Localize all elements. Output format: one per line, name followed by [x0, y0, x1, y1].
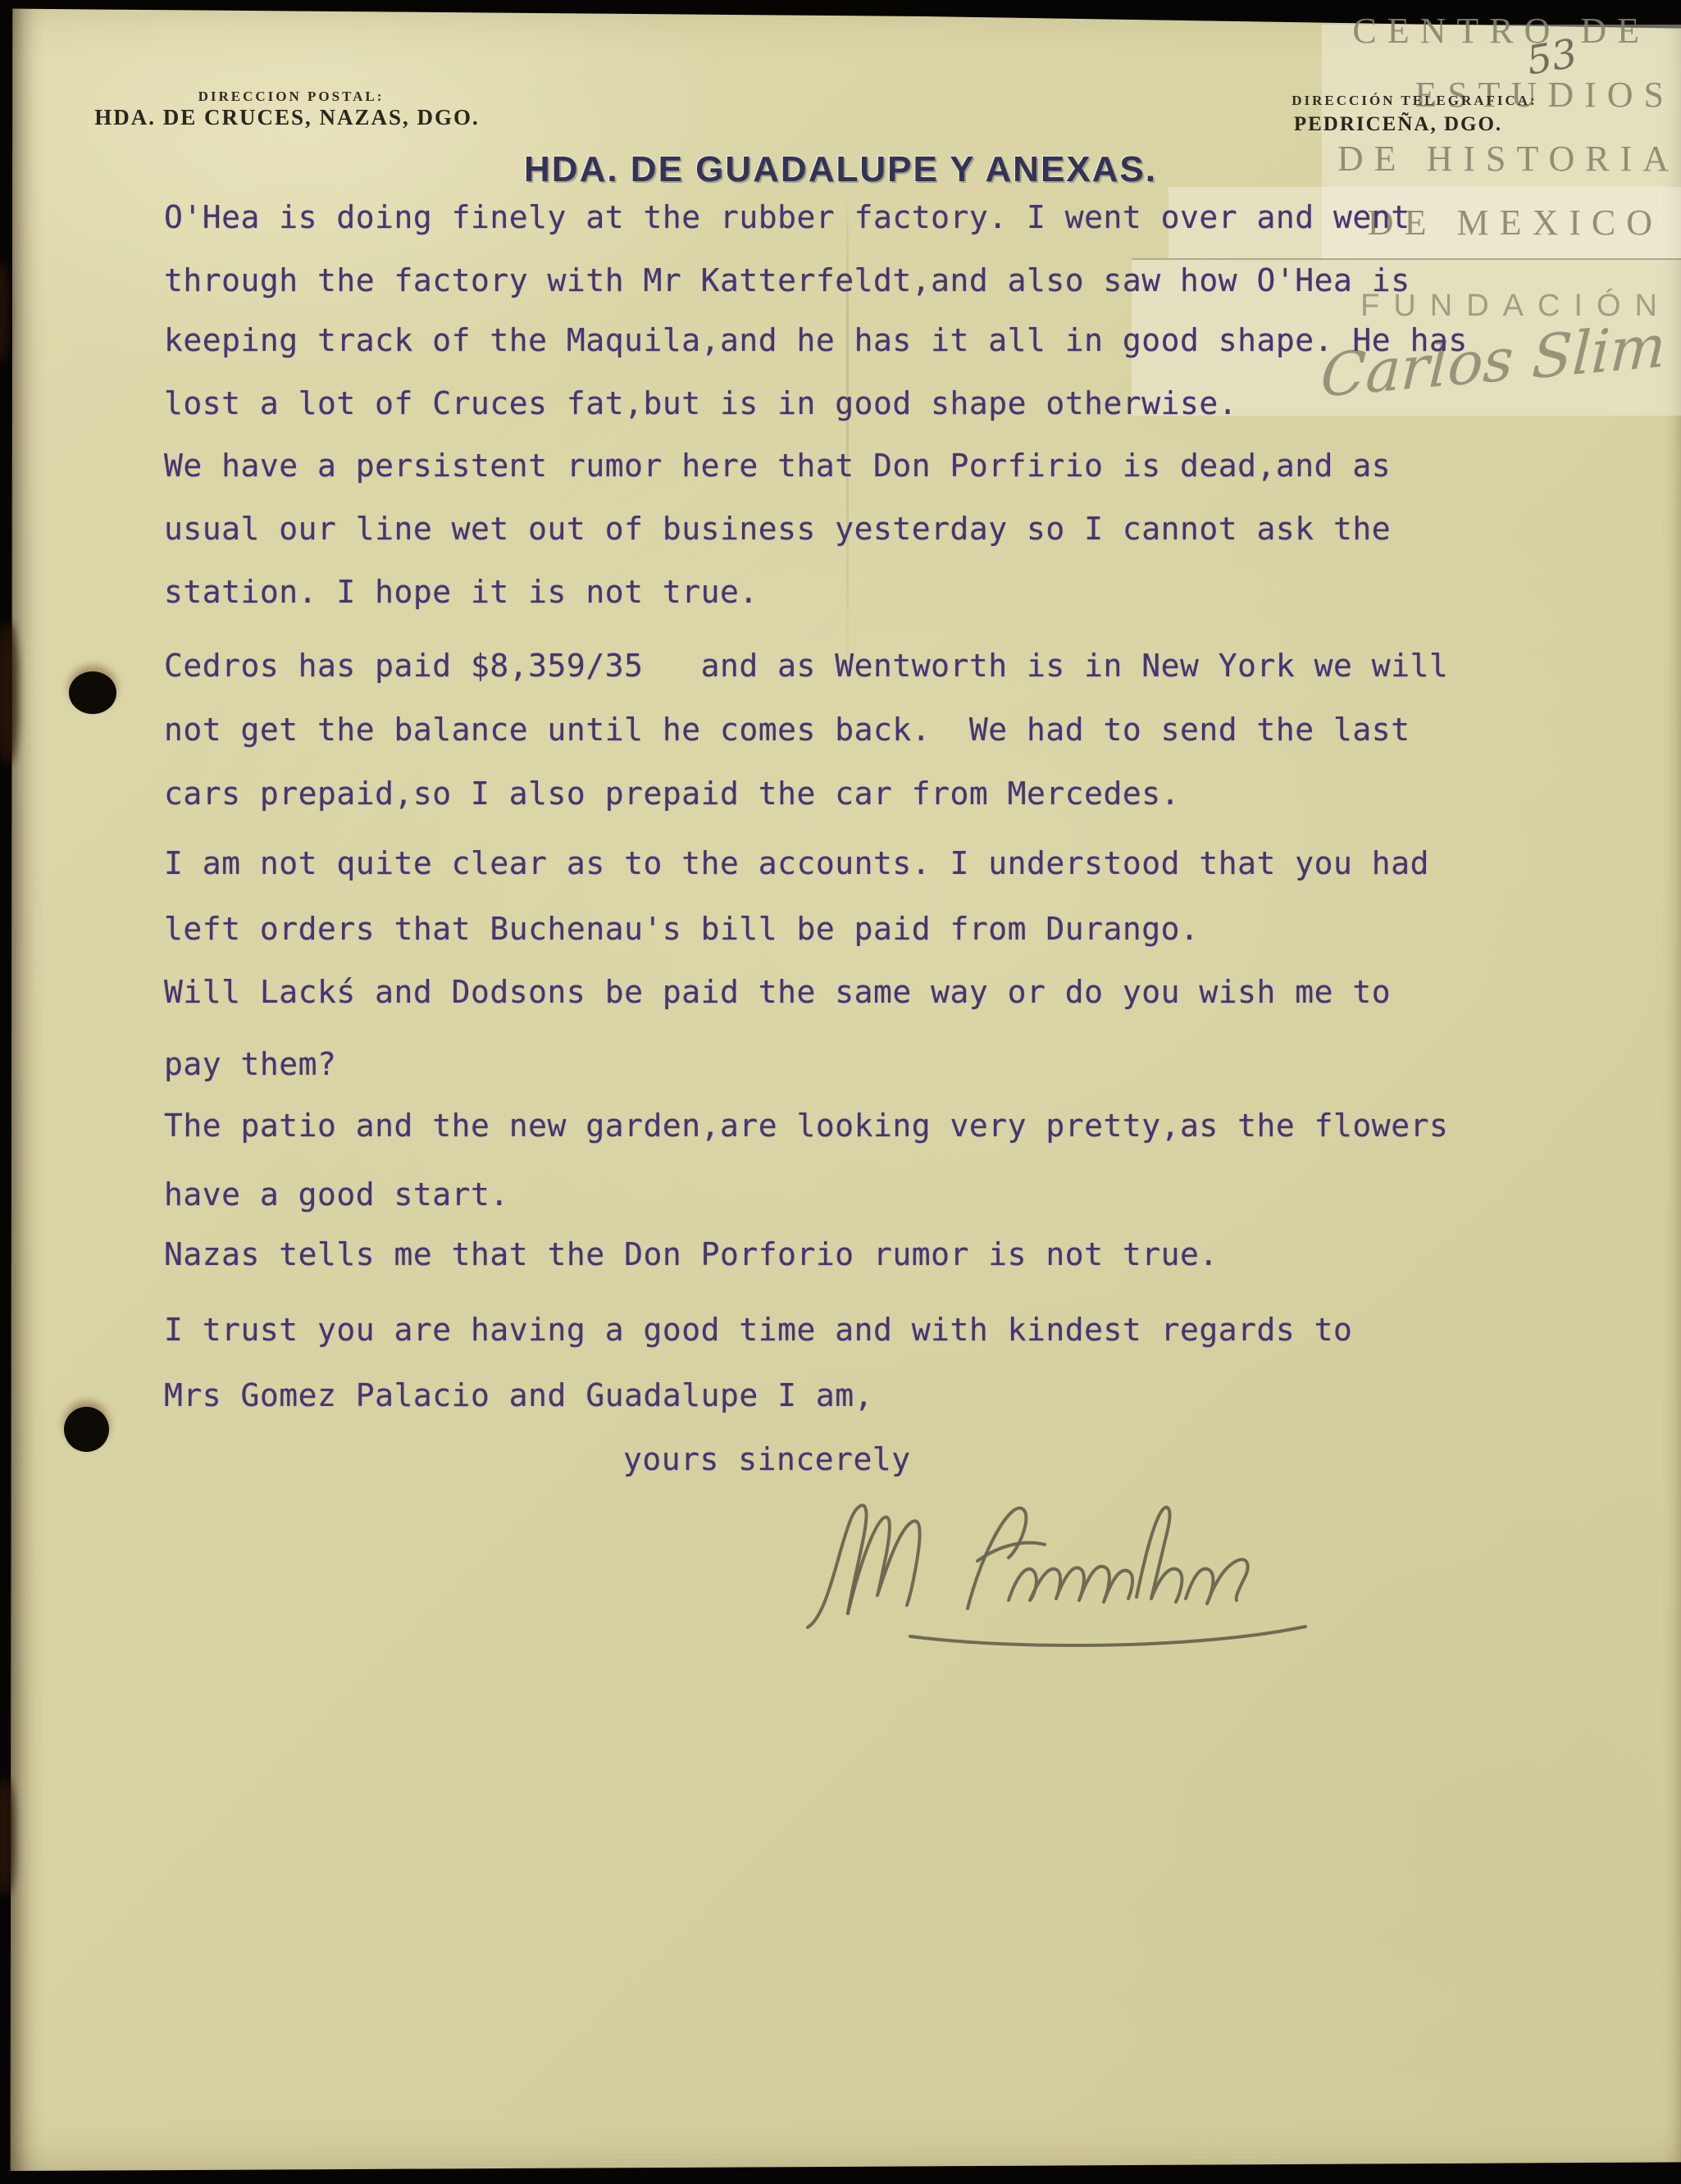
- body-line: O'Hea is doing finely at the rubber fact…: [164, 199, 1410, 235]
- watermark-text: CENTRO DE: [1352, 10, 1650, 52]
- body-line: usual our line wet out of business yeste…: [164, 511, 1391, 547]
- postal-address-label: DIRECCION POSTAL:: [115, 89, 467, 105]
- body-line: keeping track of the Maquila,and he has …: [164, 322, 1468, 358]
- scanned-letter-page: CENTRO DE ESTUDIOS DE HISTORIA DE MEXICO…: [0, 0, 1681, 2184]
- body-line: Nazas tells me that the Don Porforio rum…: [164, 1236, 1219, 1272]
- body-line: through the factory with Mr Katterfeldt,…: [164, 262, 1410, 298]
- body-line: Mrs Gomez Palacio and Guadalupe I am,: [164, 1377, 873, 1413]
- body-line: left orders that Buchenau's bill be paid…: [164, 911, 1199, 947]
- body-line: I am not quite clear as to the accounts.…: [164, 845, 1429, 881]
- punch-hole-top: [69, 671, 116, 714]
- body-line: The patio and the new garden,are looking…: [164, 1108, 1448, 1144]
- watermark-text: DE MEXICO: [1368, 202, 1663, 243]
- telegraph-address-label: DIRECCIÓN TELEGRAFICA:: [1291, 93, 1537, 109]
- postal-address-value: HDA. DE CRUCES, NAZAS, DGO.: [94, 105, 480, 130]
- body-line: have a good start.: [164, 1176, 509, 1213]
- body-line: I trust you are having a good time and w…: [164, 1312, 1352, 1348]
- body-line: Cedros has paid $8,359/35 and as Wentwor…: [164, 648, 1448, 684]
- paper-crease: [846, 180, 849, 689]
- body-line: Will Lackś and Dodsons be paid the same …: [164, 974, 1391, 1010]
- body-line: lost a lot of Cruces fat,but is in good …: [164, 385, 1237, 421]
- body-line: pay them?: [164, 1046, 336, 1082]
- page-number: 53: [1524, 30, 1581, 84]
- paper-edge-tear: [0, 1779, 15, 1894]
- valediction: yours sincerely: [623, 1441, 911, 1477]
- punch-hole-bottom: [64, 1407, 109, 1452]
- paper-edge-tear: [0, 262, 8, 361]
- letterhead-title: HDA. DE GUADALUPE Y ANEXAS.: [0, 149, 1681, 190]
- body-line: not get the balance until he comes back.…: [164, 712, 1410, 748]
- telegraph-address-value: PEDRICEÑA, DGO.: [1275, 113, 1521, 136]
- body-line: station. I hope it is not true.: [164, 574, 758, 610]
- body-line: We have a persistent rumor here that Don…: [164, 448, 1391, 484]
- body-line: cars prepaid,so I also prepaid the car f…: [164, 776, 1180, 812]
- paper-edge-tear: [0, 623, 18, 762]
- fairbairn-signature: [763, 1476, 1337, 1664]
